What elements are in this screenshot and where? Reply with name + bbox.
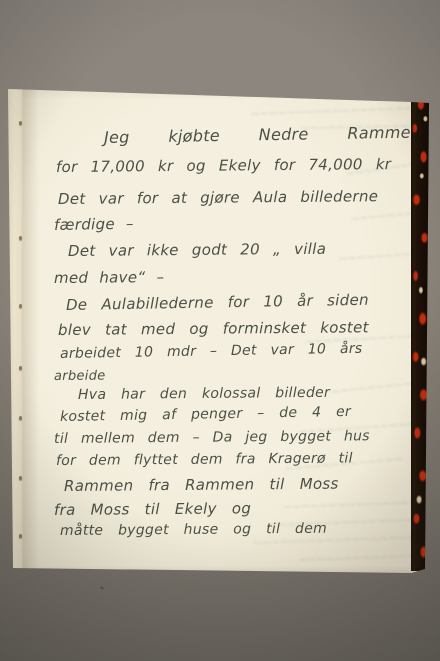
stitch-dot [19, 121, 22, 125]
marbled-cover-edge [411, 95, 429, 571]
handwritten-line: Rammen fra Rammen til Moss [64, 475, 339, 495]
handwritten-line: De Aulabillederne for 10 år siden [66, 291, 369, 314]
handwriting: Jeg kjøbte Nedre Rammenfor 17,000 kr og … [23, 86, 411, 576]
handwritten-line: kostet mig af penger – de 4 er [60, 404, 351, 425]
handwritten-line: Hva har den kolossal billeder [78, 385, 330, 403]
notebook: ~~~~~~~~~~~~~~~~~~~~~~~~~~~~~~~~~~~~~~~~… [8, 86, 429, 576]
photo-backdrop: ~~~~~~~~~~~~~~~~~~~~~~~~~~~~~~~~~~~~~~~~… [0, 0, 440, 661]
handwritten-line: arbeide [54, 369, 106, 384]
handwritten-line: Det var ikke godt 20 „ villa [68, 240, 326, 260]
stitch-dot [19, 366, 22, 370]
handwritten-line: måtte bygget huse og til dem [60, 521, 327, 539]
stitch-dot [19, 304, 22, 308]
handwritten-line: færdige – [54, 215, 134, 234]
dust-speck [100, 586, 104, 590]
notebook-page: ~~~~~~~~~~~~~~~~~~~~~~~~~~~~~~~~~~~~~~~~… [23, 86, 411, 576]
handwritten-line: blev tat med og forminsket kostet [58, 318, 369, 339]
handwritten-line: Det var for at gjøre Aula billederne [58, 187, 378, 208]
handwritten-line: Jeg kjøbte Nedre Rammen [104, 122, 422, 147]
stitch-dot [19, 476, 22, 480]
handwritten-line: for dem flyttet dem fra Kragerø til [56, 450, 353, 469]
stitch-dot [19, 534, 22, 538]
handwritten-line: arbeidet 10 mdr – Det var 10 års [60, 341, 363, 362]
handwritten-line: med have“ – [54, 268, 164, 287]
stitch-dot [19, 236, 22, 240]
handwritten-line: fra Moss til Ekely og [54, 499, 251, 519]
page-stack-edge [8, 86, 23, 576]
handwritten-line: til mellem dem – Da jeg bygget hus [54, 428, 370, 447]
stitch-dot [19, 416, 22, 420]
handwritten-line: for 17,000 kr og Ekely for 74,000 kr [56, 155, 391, 176]
